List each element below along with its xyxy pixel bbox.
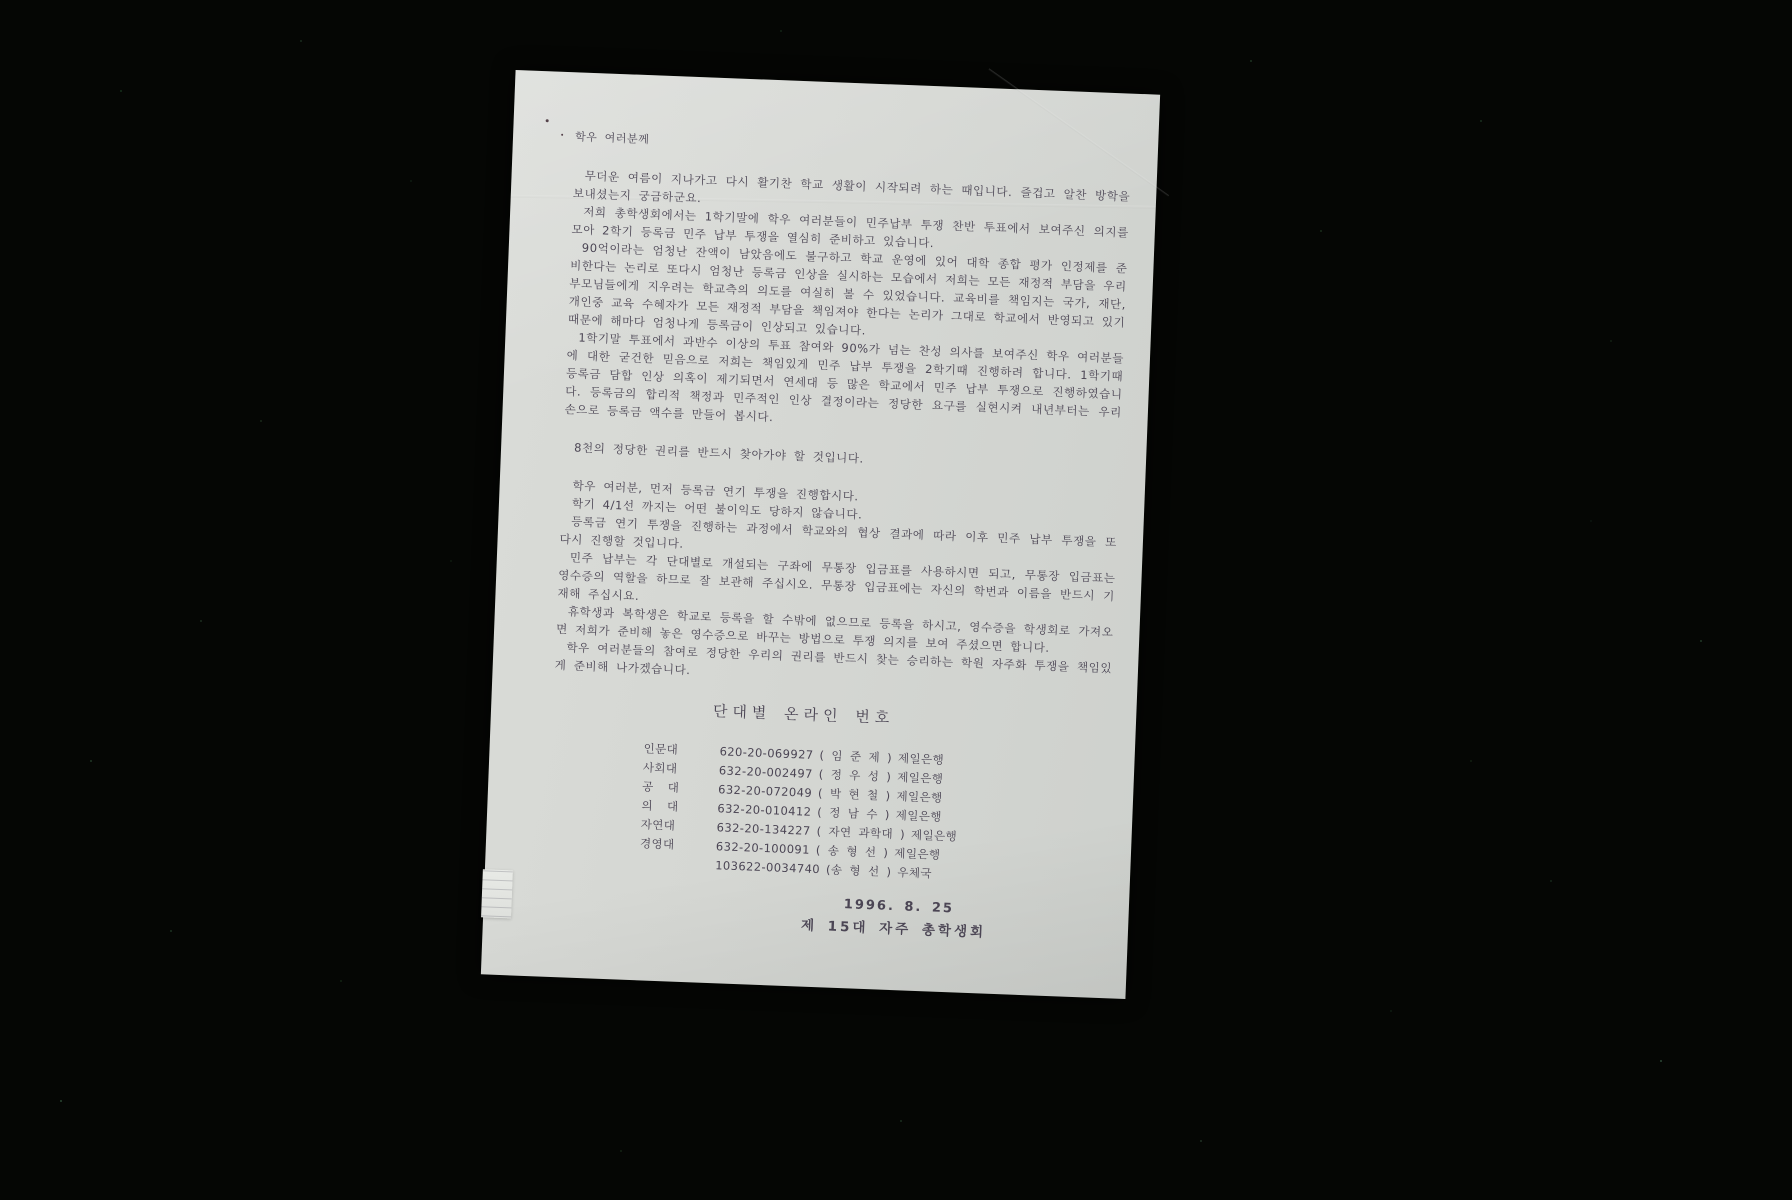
college-name: 자연대 — [640, 815, 691, 836]
college-name: 경영대 — [640, 834, 691, 855]
paper-label-sticker — [481, 869, 513, 918]
salutation: 학우 여러분께 — [575, 128, 1132, 167]
college-name: 의 대 — [641, 796, 692, 817]
bank-name: 제일은행 — [911, 826, 958, 847]
college-name: 인문대 — [643, 739, 694, 760]
bank-name: 제일은행 — [895, 806, 942, 827]
account-number: 103622-0034740 — [715, 856, 821, 879]
bank-name: 제일은행 — [894, 844, 941, 865]
college-name — [639, 853, 690, 874]
account-holder: (송 형 선 ) — [826, 860, 892, 881]
college-name: 공 대 — [642, 777, 693, 798]
college-name: 사회대 — [643, 758, 694, 779]
document-body: 학우 여러분께 무더운 여름이 지나가고 다시 활기찬 학교 생활이 시작되려 … — [481, 70, 1160, 999]
online-numbers-heading: 단대별 온라인 번호 — [525, 695, 1082, 734]
bank-name: 제일은행 — [897, 768, 944, 789]
bank-name: 제일은행 — [898, 749, 945, 770]
document-paper: 학우 여러분께 무더운 여름이 지나가고 다시 활기찬 학교 생활이 시작되려 … — [481, 70, 1160, 999]
bank-name: 제일은행 — [896, 787, 943, 808]
account-list: 인문대 620-20-069927 ( 임 준 제 ) 제일은행 사회대 632… — [639, 739, 1109, 890]
background-noise — [0, 0, 2, 2]
bank-name: 우체국 — [897, 863, 932, 883]
